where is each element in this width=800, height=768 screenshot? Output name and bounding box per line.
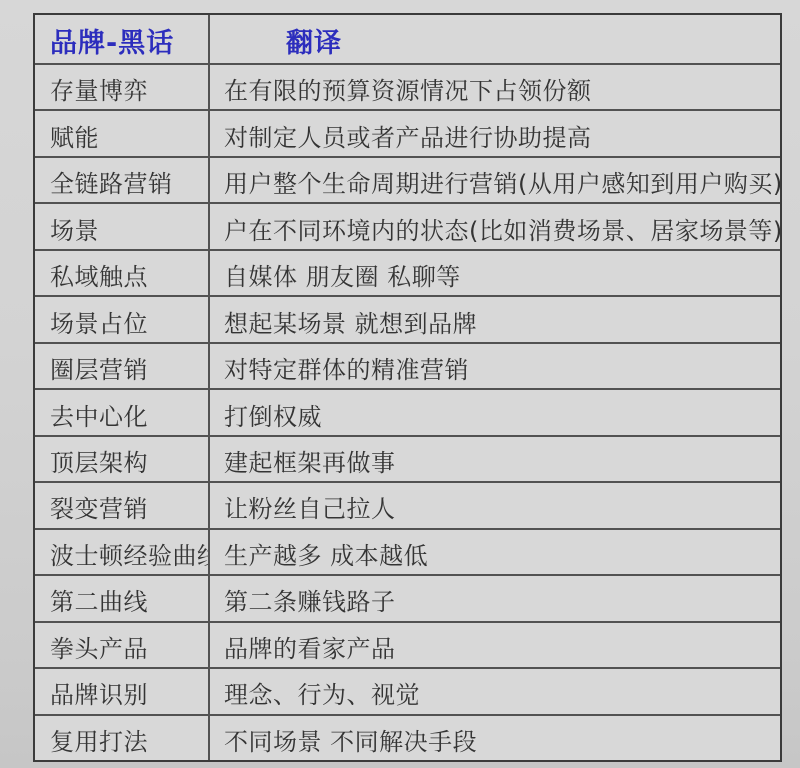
table-row: 裂变营销 让粉丝自己拉人 (35, 481, 780, 527)
translation-cell: 在有限的预算资源情况下占领份额 (210, 65, 780, 109)
table-row: 第二曲线 第二条赚钱路子 (35, 574, 780, 620)
term-cell: 全链路营销 (35, 158, 210, 202)
table-row: 去中心化 打倒权威 (35, 388, 780, 434)
term-cell: 复用打法 (35, 716, 210, 760)
table-row: 品牌识别 理念、行为、视觉 (35, 667, 780, 713)
translation-cell: 对特定群体的精准营销 (210, 344, 780, 388)
translation-cell: 户在不同环境内的状态(比如消费场景、居家场景等) (210, 204, 780, 248)
table-row: 存量博弈 在有限的预算资源情况下占领份额 (35, 63, 780, 109)
term-cell: 波士顿经验曲线 (35, 530, 210, 574)
table-row: 场景 户在不同环境内的状态(比如消费场景、居家场景等) (35, 202, 780, 248)
translation-cell: 用户整个生命周期进行营销(从用户感知到用户购买) (210, 158, 780, 202)
table-header-row: 品牌-黑话 翻译 (35, 15, 780, 63)
translation-cell: 自媒体 朋友圈 私聊等 (210, 251, 780, 295)
term-cell: 赋能 (35, 111, 210, 155)
translation-cell: 品牌的看家产品 (210, 623, 780, 667)
translation-cell: 建起框架再做事 (210, 437, 780, 481)
column-header-term: 品牌-黑话 (35, 15, 210, 63)
column-header-translation: 翻译 (210, 15, 780, 63)
table-row: 顶层架构 建起框架再做事 (35, 435, 780, 481)
translation-cell: 生产越多 成本越低 (210, 530, 780, 574)
translation-cell: 对制定人员或者产品进行协助提高 (210, 111, 780, 155)
term-cell: 顶层架构 (35, 437, 210, 481)
translation-cell: 不同场景 不同解决手段 (210, 716, 780, 760)
translation-cell: 打倒权威 (210, 390, 780, 434)
translation-cell: 理念、行为、视觉 (210, 669, 780, 713)
table-row: 波士顿经验曲线 生产越多 成本越低 (35, 528, 780, 574)
table-row: 圈层营销 对特定群体的精准营销 (35, 342, 780, 388)
term-cell: 场景占位 (35, 297, 210, 341)
term-cell: 拳头产品 (35, 623, 210, 667)
term-cell: 存量博弈 (35, 65, 210, 109)
translation-cell: 想起某场景 就想到品牌 (210, 297, 780, 341)
term-cell: 品牌识别 (35, 669, 210, 713)
term-cell: 裂变营销 (35, 483, 210, 527)
table-row: 复用打法 不同场景 不同解决手段 (35, 714, 780, 760)
term-cell: 第二曲线 (35, 576, 210, 620)
table-row: 全链路营销 用户整个生命周期进行营销(从用户感知到用户购买) (35, 156, 780, 202)
term-cell: 场景 (35, 204, 210, 248)
table-row: 私域触点 自媒体 朋友圈 私聊等 (35, 249, 780, 295)
table-row: 场景占位 想起某场景 就想到品牌 (35, 295, 780, 341)
term-cell: 去中心化 (35, 390, 210, 434)
brand-jargon-table: 品牌-黑话 翻译 存量博弈 在有限的预算资源情况下占领份额 赋能 对制定人员或者… (33, 13, 782, 762)
translation-cell: 让粉丝自己拉人 (210, 483, 780, 527)
term-cell: 圈层营销 (35, 344, 210, 388)
translation-cell: 第二条赚钱路子 (210, 576, 780, 620)
table-row: 赋能 对制定人员或者产品进行协助提高 (35, 109, 780, 155)
table-row: 拳头产品 品牌的看家产品 (35, 621, 780, 667)
term-cell: 私域触点 (35, 251, 210, 295)
